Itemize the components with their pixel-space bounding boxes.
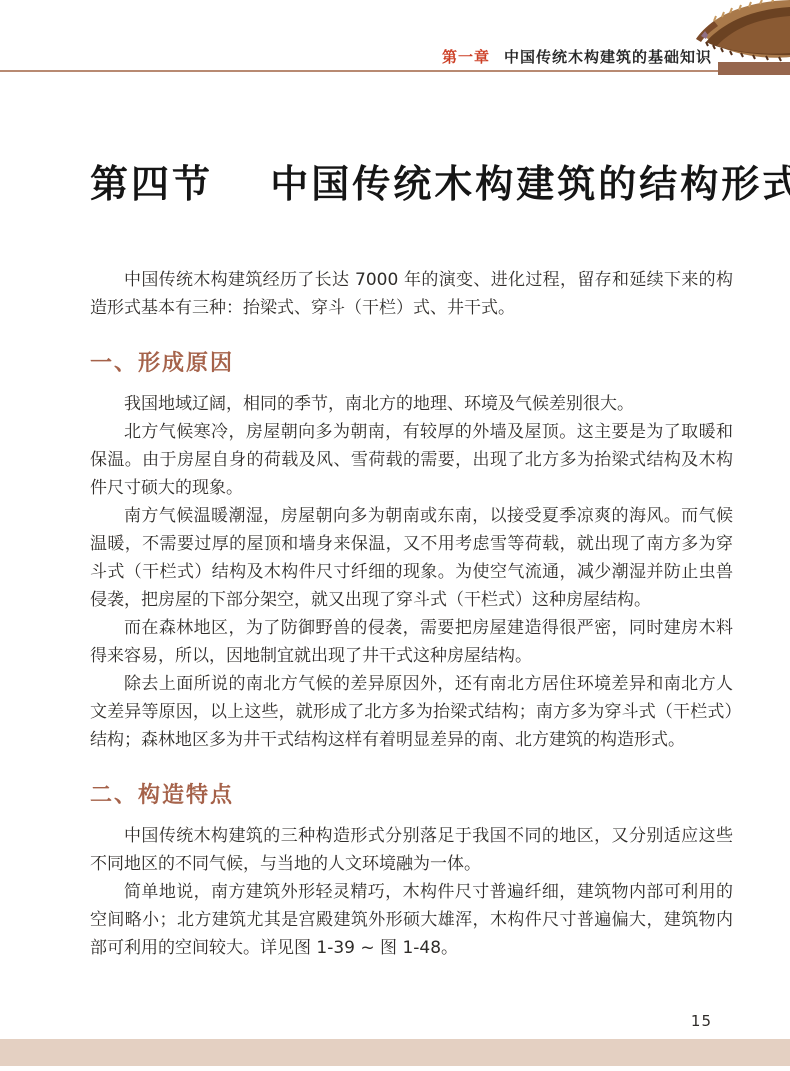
paragraph: 北方气候寒冷，房屋朝向多为朝南，有较厚的外墙及屋顶。这主要是为了取暖和保温。由于… (90, 418, 733, 502)
page-content: 第四节 中国传统木构建筑的结构形式 中国传统木构建筑经历了长达 7000 年的演… (0, 72, 790, 962)
book-page: 第一章中国传统木构建筑的基础知识 第四节 中国传统木构建筑的结构形式 中国传统木… (0, 0, 790, 1071)
footer-band (0, 1039, 790, 1066)
paragraph: 南方气候温暖潮湿，房屋朝向多为朝南或东南，以接受夏季凉爽的海风。而气候温暖，不需… (90, 502, 733, 614)
heading-structural-features: 二、构造特点 (90, 780, 733, 812)
section-title: 第四节 中国传统木构建筑的结构形式 (90, 158, 733, 210)
running-head: 第一章中国传统木构建筑的基础知识 (442, 46, 712, 67)
chapter-title: 中国传统木构建筑的基础知识 (504, 48, 712, 66)
chapter-label: 第一章 (442, 48, 490, 66)
paragraph: 除去上面所说的南北方气候的差异原因外，还有南北方居住环境差异和南北方人文差异等原… (90, 670, 733, 754)
paragraph: 中国传统木构建筑的三种构造形式分别落足于我国不同的地区，又分别适应这些不同地区的… (90, 822, 733, 878)
roof-eave-corner-image (695, 0, 790, 62)
paragraph: 简单地说，南方建筑外形轻灵精巧，木构件尺寸普遍纤细，建筑物内部可利用的空间略小；… (90, 878, 733, 962)
intro-paragraph: 中国传统木构建筑经历了长达 7000 年的演变、进化过程，留存和延续下来的构造形… (90, 266, 733, 322)
paragraph: 我国地域辽阔，相同的季节，南北方的地理、环境及气候差别很大。 (90, 390, 733, 418)
heading-formation-reasons: 一、形成原因 (90, 348, 733, 380)
paragraph: 而在森林地区，为了防御野兽的侵袭，需要把房屋建造得很严密，同时建房木料得来容易，… (90, 614, 733, 670)
page-header: 第一章中国传统木构建筑的基础知识 (0, 0, 790, 76)
page-number: 15 (691, 1012, 712, 1030)
